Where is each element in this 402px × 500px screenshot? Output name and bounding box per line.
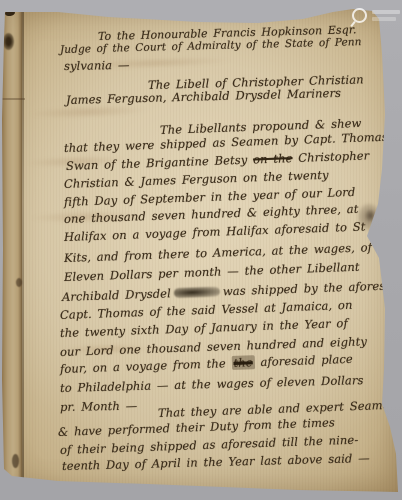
manuscript-text: sylvania — — [64, 58, 130, 73]
photo-stage: To the Honourable Francis Hopkinson Esqr… — [0, 0, 402, 500]
watermark-text-line — [372, 17, 396, 21]
manuscript-text: the — [231, 355, 255, 370]
manuscript-text: pr. Month — — [60, 399, 138, 414]
watermark — [352, 6, 400, 30]
manuscript-text: Christopher — [292, 148, 369, 165]
manuscript-text: Swan of the Brigantine Betsy — [66, 152, 254, 173]
manuscript-text-block: To the Honourable Francis Hopkinson Esqr… — [0, 0, 402, 500]
watermark-text-line — [372, 10, 400, 14]
manuscript-text: Archibald Drysdel — [62, 286, 171, 304]
manuscript-text: to Philadelphia — at the wages of eleven… — [60, 373, 364, 395]
manuscript-paper: To the Honourable Francis Hopkinson Esqr… — [2, 6, 400, 494]
manuscript-text: James Ferguson, Archibald Drysdel Marine… — [66, 86, 341, 107]
manuscript-text: was shipped by the aforesaid — [223, 278, 402, 298]
ink-smear — [174, 286, 220, 298]
manuscript-line: to Philadelphia — at the wages of eleven… — [60, 373, 364, 395]
manuscript-line: pr. Month — — [60, 399, 138, 414]
manuscript-text: aforesaid place — [254, 352, 353, 369]
manuscript-line: James Ferguson, Archibald Drysdel Marine… — [66, 86, 341, 107]
manuscript-text: on the — [253, 151, 293, 166]
manuscript-line: sylvania — — [64, 58, 130, 73]
magnifier-handle — [350, 21, 355, 27]
manuscript-text: four, on a voyage from the — [60, 356, 232, 376]
